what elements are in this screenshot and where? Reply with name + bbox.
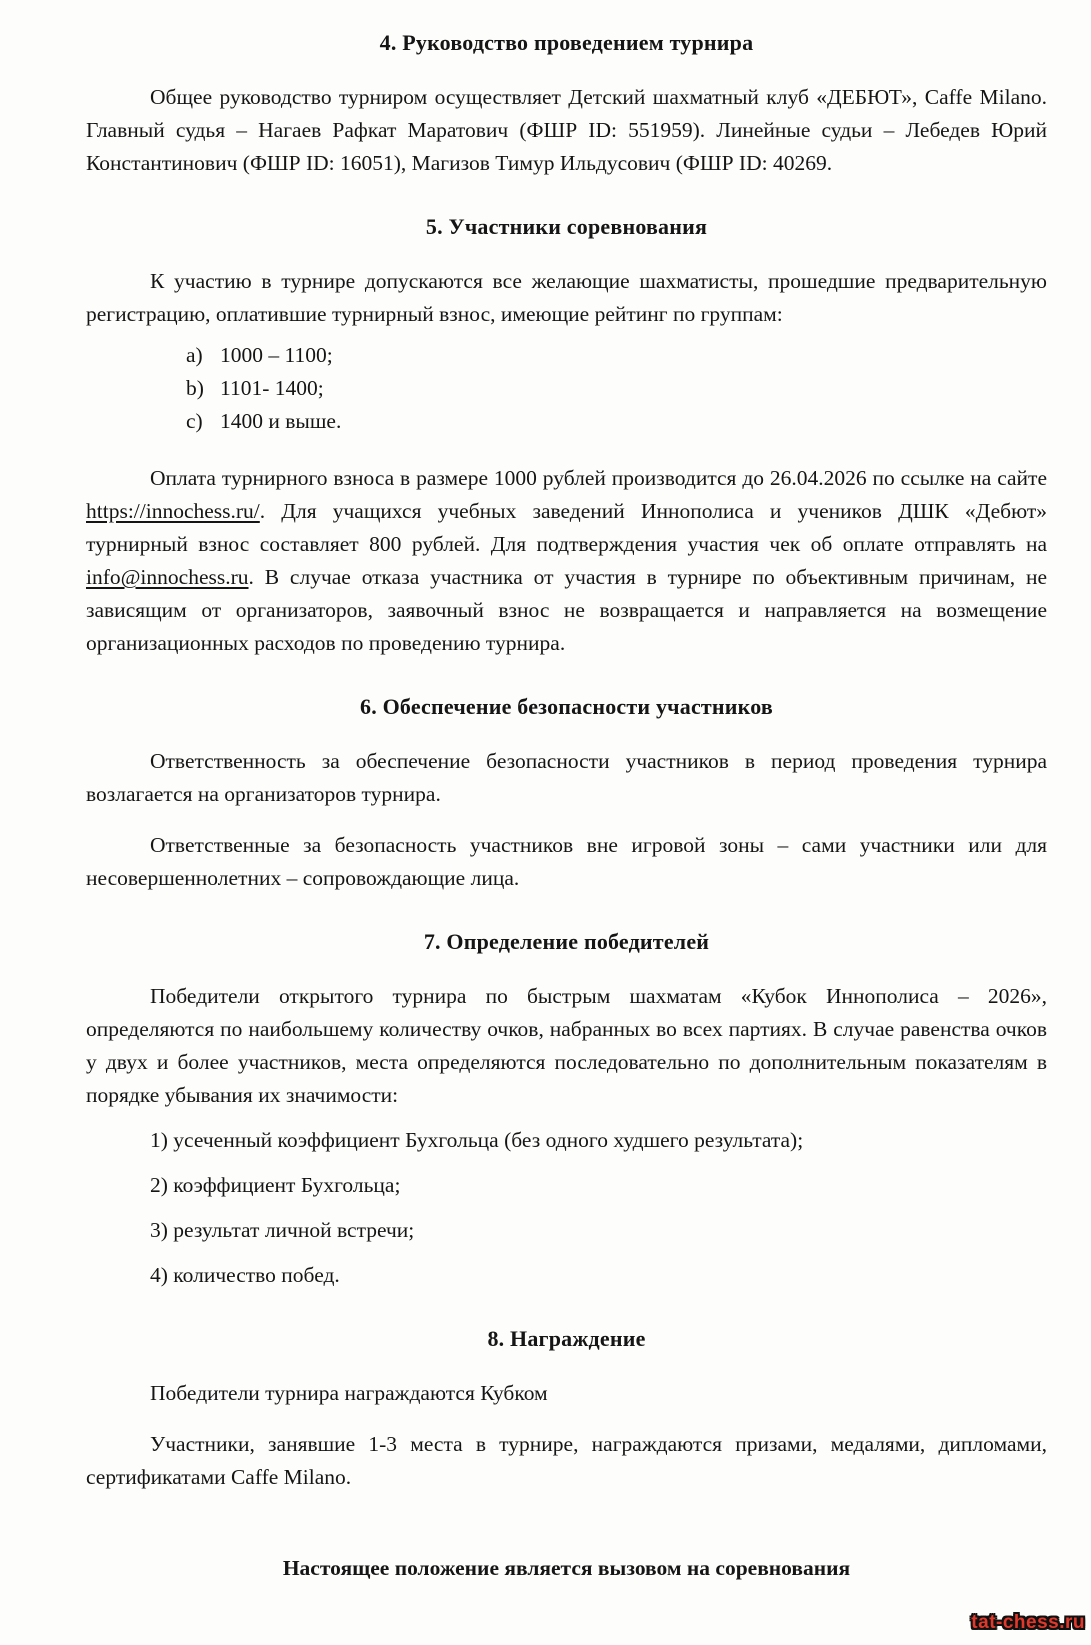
spacer	[86, 1418, 1047, 1428]
tat-chess-watermark: tat-chess.ru	[971, 1606, 1085, 1639]
section-7-intro-paragraph: Победители открытого турнира по быстрым …	[86, 980, 1047, 1112]
rating-groups-list: a) 1000 – 1100; b) 1101- 1400; c) 1400 и…	[86, 339, 1047, 438]
section-6-paragraph-1: Ответственность за обеспечение безопасно…	[86, 745, 1047, 811]
innochess-site-link[interactable]: https://innochess.ru/	[86, 499, 260, 523]
payment-text-1: Оплата турнирного взноса в размере 1000 …	[150, 466, 1047, 490]
section-5-heading: 5. Участники соревнования	[86, 210, 1047, 243]
spacer	[86, 819, 1047, 829]
innochess-email-link[interactable]: info@innochess.ru	[86, 565, 249, 589]
section-8-paragraph-2: Участники, занявшие 1-3 места в турнире,…	[86, 1428, 1047, 1494]
rating-group-c-range: 1400 и выше.	[220, 405, 1047, 438]
section-8-heading: 8. Награждение	[86, 1322, 1047, 1355]
spacer	[86, 452, 1047, 462]
section-7-heading: 7. Определение победителей	[86, 925, 1047, 958]
rating-group-b-range: 1101- 1400;	[220, 372, 1047, 405]
scanned-document-page: 4. Руководство проведением турнира Общее…	[0, 0, 1091, 1645]
rating-group-c: c) 1400 и выше.	[86, 405, 1047, 438]
section-6-heading: 6. Обеспечение безопасности участников	[86, 690, 1047, 723]
rating-group-a: a) 1000 – 1100;	[86, 339, 1047, 372]
tiebreak-item-1: 1) усеченный коэффициент Бухгольца (без …	[86, 1124, 1047, 1157]
tiebreak-item-3: 3) результат личной встречи;	[86, 1214, 1047, 1247]
tiebreak-item-2: 2) коэффициент Бухгольца;	[86, 1169, 1047, 1202]
rating-group-b: b) 1101- 1400;	[86, 372, 1047, 405]
section-4-paragraph: Общее руководство турниром осуществляет …	[86, 81, 1047, 180]
section-8-paragraph-1: Победители турнира награждаются Кубком	[86, 1377, 1047, 1410]
payment-paragraph: Оплата турнирного взноса в размере 1000 …	[86, 462, 1047, 660]
section-5-intro-paragraph: К участию в турнире допускаются все жела…	[86, 265, 1047, 331]
section-6-paragraph-2: Ответственные за безопасность участников…	[86, 829, 1047, 895]
rating-group-a-range: 1000 – 1100;	[220, 339, 1047, 372]
closing-statement: Настоящее положение является вызовом на …	[86, 1552, 1047, 1585]
section-4-heading: 4. Руководство проведением турнира	[86, 26, 1047, 59]
rating-group-b-label: b)	[186, 372, 220, 405]
rating-group-a-label: a)	[186, 339, 220, 372]
tiebreak-item-4: 4) количество побед.	[86, 1259, 1047, 1292]
rating-group-c-label: c)	[186, 405, 220, 438]
